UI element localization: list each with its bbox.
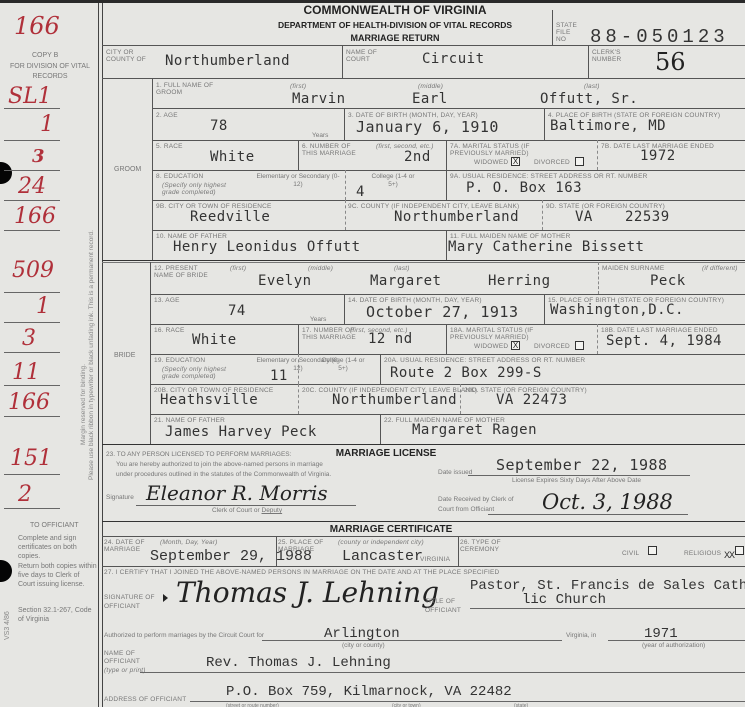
rule [345,200,346,230]
rule [544,294,545,324]
officiant-address: P.O. Box 759, Kilmarnock, VA 22482 [226,684,512,700]
groom-county: Northumberland [394,209,519,225]
signature-label: Signature [106,494,134,502]
groom-race: White [210,149,255,165]
officiant-signature: Thomas J. Lehning [176,576,439,609]
groom-pob: Baltimore, MD [550,118,666,134]
officiant-address-label: ADDRESS OF OFFICIANT [104,696,186,703]
bride-age: 74 [228,303,246,319]
marriage-date-hint: (Month, Day, Year) [160,539,218,546]
coding-number: 166 [8,390,50,415]
officiant-name: Rev. Thomas J. Lehning [206,655,391,671]
civil-checkbox[interactable] [648,546,657,555]
rule [597,324,598,354]
rule [102,536,745,537]
marriage-place-label: 25. PLACE OF MARRIAGE [278,539,328,553]
binder-hole [0,560,12,582]
rule [344,294,345,324]
officiant-title-line-2: lic Church [522,592,606,608]
license-expires-note: License Expires Sixty Days After Above D… [512,477,641,485]
rule [460,384,461,414]
groom-last-marriage-ended: 1972 [640,148,676,164]
virginia-in-label: Virginia, in [566,632,596,640]
religious-checkbox[interactable] [735,546,744,555]
bride-age-label: 13. AGE [154,297,180,304]
years-label: Years [310,316,326,324]
bride-street-label: 20a. USUAL RESIDENCE: STREET ADDRESS OR … [384,357,585,364]
education-hint: (Specify only highest grade completed) [162,182,234,196]
coding-line [4,416,60,417]
bride-dob: October 27, 1913 [366,303,519,321]
coding-number: SL1 [8,84,52,109]
groom-middle-name: Earl [412,91,448,107]
groom-first-name: Marvin [292,91,346,107]
rule [152,108,745,109]
code-reference: Section 32.1-267, Code of Virginia [18,606,98,624]
coding-number: 2 [18,482,32,507]
clerk-label-text: Clerk of Court or [212,507,260,514]
coding-line [4,322,60,323]
bride-last-marriage-ended: Sept. 4, 1984 [606,333,722,349]
rule [298,324,299,354]
middle-hint: (middle) [418,83,443,90]
bride-maiden-surname: Peck [650,273,686,289]
city-or-county-hint: (city or county) [342,642,385,650]
binder-hole [0,162,12,184]
officiant-name-line [140,672,745,673]
instructions-complete: Complete and sign certificates on both c… [18,534,98,561]
date-issued: September 22, 1988 [496,456,668,474]
coding-line [4,200,60,201]
rule [150,414,745,415]
rule [102,78,745,79]
widowed-label: WIDOWED [474,343,508,350]
groom-mother: Mary Catherine Bissett [448,239,644,255]
rule [150,354,745,355]
groom-father: Henry Leonidus Offutt [173,239,361,255]
rule [152,140,745,141]
coding-line [4,230,60,231]
last-hint: (last) [584,83,600,90]
city-county-value: Northumberland [165,53,290,69]
bride-pob: Washington,D.C. [550,302,684,318]
frame-left-border [102,3,103,707]
officiant-signature-label: SIGNATURE OF OFFICIANT [104,593,160,611]
rule [380,354,381,384]
coding-number: 24 [18,174,46,199]
coding-line [4,385,60,386]
groom-education-label: 8. EDUCATION [156,173,203,180]
groom-zip: 22539 [625,209,670,225]
rule [298,384,299,414]
rule [345,170,346,200]
bride-mother: Margaret Ragen [412,422,537,438]
coding-number: 11 [12,360,40,385]
groom-state: VA [575,209,593,225]
rule [150,262,151,444]
license-to-any-person: 23. TO ANY PERSON LICENSED TO PERFORM MA… [106,451,291,459]
clerk-number-label: CLERK'S NUMBER [592,49,632,63]
religious-label-text: RELIGIOUS [684,550,721,557]
bride-county: Northumberland [332,392,457,408]
bride-city: Heathsville [160,392,258,408]
marriage-place-hint: (county or independent city) [338,539,424,546]
bride-marriage-number: 12 nd [368,331,413,347]
rule [150,294,745,295]
coding-number: 151 [10,446,52,471]
signature-arrow-icon [163,594,168,602]
date-received-label-2: Court from Officiant [438,506,494,514]
bride-name-label: 12. PRESENT NAME OF BRIDE [154,265,214,279]
rule [102,444,745,445]
rule [380,414,381,444]
date-received: Oct. 3, 1988 [542,490,673,514]
rule [597,140,598,170]
religious-label: RELIGIOUS [684,550,721,557]
coding-number: 3 [32,146,45,167]
handwritten-top-number: 166 [14,12,60,40]
last-hint: (last) [394,265,410,272]
court-value: Circuit [422,51,485,67]
officiant-title-line-1: Pastor, St. Francis de Sales Catho- [470,578,745,594]
coding-line [4,352,60,353]
form-code: VS3 4/86 [4,611,11,640]
instructions-return: Return both copies within five days to C… [18,562,98,589]
coding-line [4,140,60,141]
elementary-label: Elementary or Secondary (0-12) [256,173,340,189]
officiant-title-line [470,608,745,609]
clerk-number-value: 56 [655,48,686,76]
rule [152,78,153,260]
rule [102,45,745,46]
rule [446,140,447,170]
groom-marriage-number-label: 6. NUMBER OF THIS MARRIAGE [302,143,362,157]
rule [344,108,345,140]
year-line [608,640,745,641]
date-received-label-1: Date Received by Clerk of [438,496,514,504]
groom-city: Reedville [190,209,270,225]
bride-first-name: Evelyn [258,273,312,289]
division-label: FOR DIVISION OF VITAL RECORDS [0,62,100,82]
bride-elementary: 11 [270,368,288,384]
years-label: Years [312,132,328,140]
groom-name-label: 1. FULL NAME OF GROOM [156,82,216,96]
rule [102,262,745,263]
rule [150,384,745,385]
rule [342,45,343,78]
officiant-title-label: TITLE OF OFFICIANT [425,597,467,615]
rule [446,230,447,260]
rule [298,140,299,170]
rule [458,536,459,566]
maiden-surname-label: MAIDEN SURNAME [602,265,664,272]
coding-number: 1 [36,294,50,319]
marriage-return-form: 166 COPY B FOR DIVISION OF VITAL RECORDS… [0,0,745,707]
form-department: DEPARTMENT OF HEALTH-DIVISION OF VITAL R… [235,20,555,30]
rule [152,200,745,201]
bride-last-name: Herring [488,273,551,289]
authorized-by-line [262,640,562,641]
margin-ink-note: Please use black ribbon in typewriter or… [88,230,95,480]
college-label: College (1-4 or 5+) [318,357,368,373]
coding-number: 509 [12,258,54,283]
date-received-line [488,514,688,515]
header-divider [552,10,553,46]
groom-college: 4 [356,184,365,200]
groom-age: 78 [210,118,228,134]
certify-statement: 27. I CERTIFY THAT I JOINED THE ABOVE-NA… [104,569,499,576]
street-hint: (street or route number) [226,702,279,707]
coding-number: 3 [22,326,36,351]
groom-race-label: 5. RACE [156,143,183,150]
clerk-label: Clerk of Court or Deputy [212,507,282,515]
bride-section-label: BRIDE [114,352,135,359]
coding-line [4,108,60,109]
first-hint: (first) [230,265,246,272]
bride-father: James Harvey Peck [165,424,317,440]
authorized-by-label: Authorized to perform marriages by the C… [104,632,264,640]
license-title: MARRIAGE LICENSE [316,448,456,459]
bride-middle-name: Margaret [370,273,441,289]
widowed-label: WIDOWED [474,159,508,166]
margin-binding-note: Margin reserved for binding. [80,364,87,445]
groom-street-label: 9a. USUAL RESIDENCE: STREET ADDRESS OR R… [450,173,648,180]
rule [544,108,545,140]
rule [102,260,745,261]
religious-check-mark: XX [724,551,734,562]
marriage-place-state: VIRGINIA [420,556,450,563]
groom-last-name: Offutt, Sr. [540,91,638,107]
rule [588,45,589,78]
certificate-title: MARRIAGE CERTIFICATE [296,524,486,535]
bride-state: VA 22473 [496,392,567,408]
officiant-name-label: NAME OF OFFICIANT [104,650,150,666]
groom-dob: January 6, 1910 [356,118,499,136]
coding-number: 166 [14,204,56,229]
rule [150,324,745,325]
city-county-label: CITY OR COUNTY OF [106,49,146,63]
bride-father-label: 21. NAME OF FATHER [154,417,225,424]
first-hint: (first) [290,83,306,90]
rule [152,170,745,171]
state-file-label: STATE FILE NO [556,22,578,43]
marriage-date-label: 24. DATE OF MARRIAGE [104,539,154,553]
city-town-hint: (city or town) [392,702,421,707]
bride-street: Route 2 Box 299-S [390,365,542,381]
divorced-label: DIVORCED [534,159,570,166]
license-authorized-text-1: You are hereby authorized to join the ab… [116,461,323,469]
rule [298,354,299,384]
bride-race-label: 16. RACE [154,327,185,334]
coding-line [4,508,60,509]
groom-marriage-number: 2nd [404,149,431,165]
margin-border [98,3,99,707]
bride-race: White [192,332,237,348]
year-hint: (year of authorization) [642,642,705,650]
groom-widowed-checkbox[interactable]: X [511,157,520,166]
groom-divorced-checkbox[interactable] [575,157,584,166]
groom-street: P. O. Box 163 [466,180,582,196]
marriage-place: Lancaster [342,548,423,565]
groom-marital-status-label: 7a. MARITAL STATUS (if previously marrie… [450,143,550,157]
rule [446,324,447,354]
rule [276,536,277,566]
clerk-signature: Eleanor R. Morris [146,481,328,505]
rule [152,230,745,231]
college-label: College (1-4 or 5+) [368,173,418,189]
coding-line [4,170,60,171]
bride-education-label: 19. EDUCATION [154,357,205,364]
bride-widowed-checkbox[interactable]: X [511,341,520,350]
date-issued-line [468,475,690,476]
court-label: NAME OF COURT [346,49,380,63]
rule [102,521,745,522]
groom-section-label: GROOM [114,166,141,173]
rule [102,566,745,567]
ceremony-type-label: 26. TYPE OF CEREMONY [460,539,504,553]
education-hint: (Specify only highest grade completed) [162,366,234,380]
coding-number: 1 [40,112,54,137]
deputy-label: Deputy [262,507,283,514]
divorced-label: DIVORCED [534,343,570,350]
state-hint: (state) [514,702,528,707]
form-title: COMMONWEALTH OF VIRGINIA [250,3,540,17]
middle-hint: (middle) [308,265,333,272]
bride-divorced-checkbox[interactable] [575,341,584,350]
copy-label: COPY B [32,52,58,60]
form-subtitle: MARRIAGE RETURN [300,33,490,43]
rule [598,262,599,294]
coding-line [4,474,60,475]
coding-line [4,292,60,293]
to-officiant-title: TO OFFICIANT [30,522,78,530]
rule [446,170,447,200]
rule [542,200,543,230]
signature-line [136,505,356,506]
maiden-hint: (if different) [702,265,738,272]
bride-marital-status-label: 18a. MARITAL STATUS (if previously marri… [450,327,550,341]
groom-age-label: 2. AGE [156,112,178,119]
license-authorized-text-2: under procedures outlined in the statute… [116,471,331,479]
civil-label: CIVIL [622,550,639,557]
